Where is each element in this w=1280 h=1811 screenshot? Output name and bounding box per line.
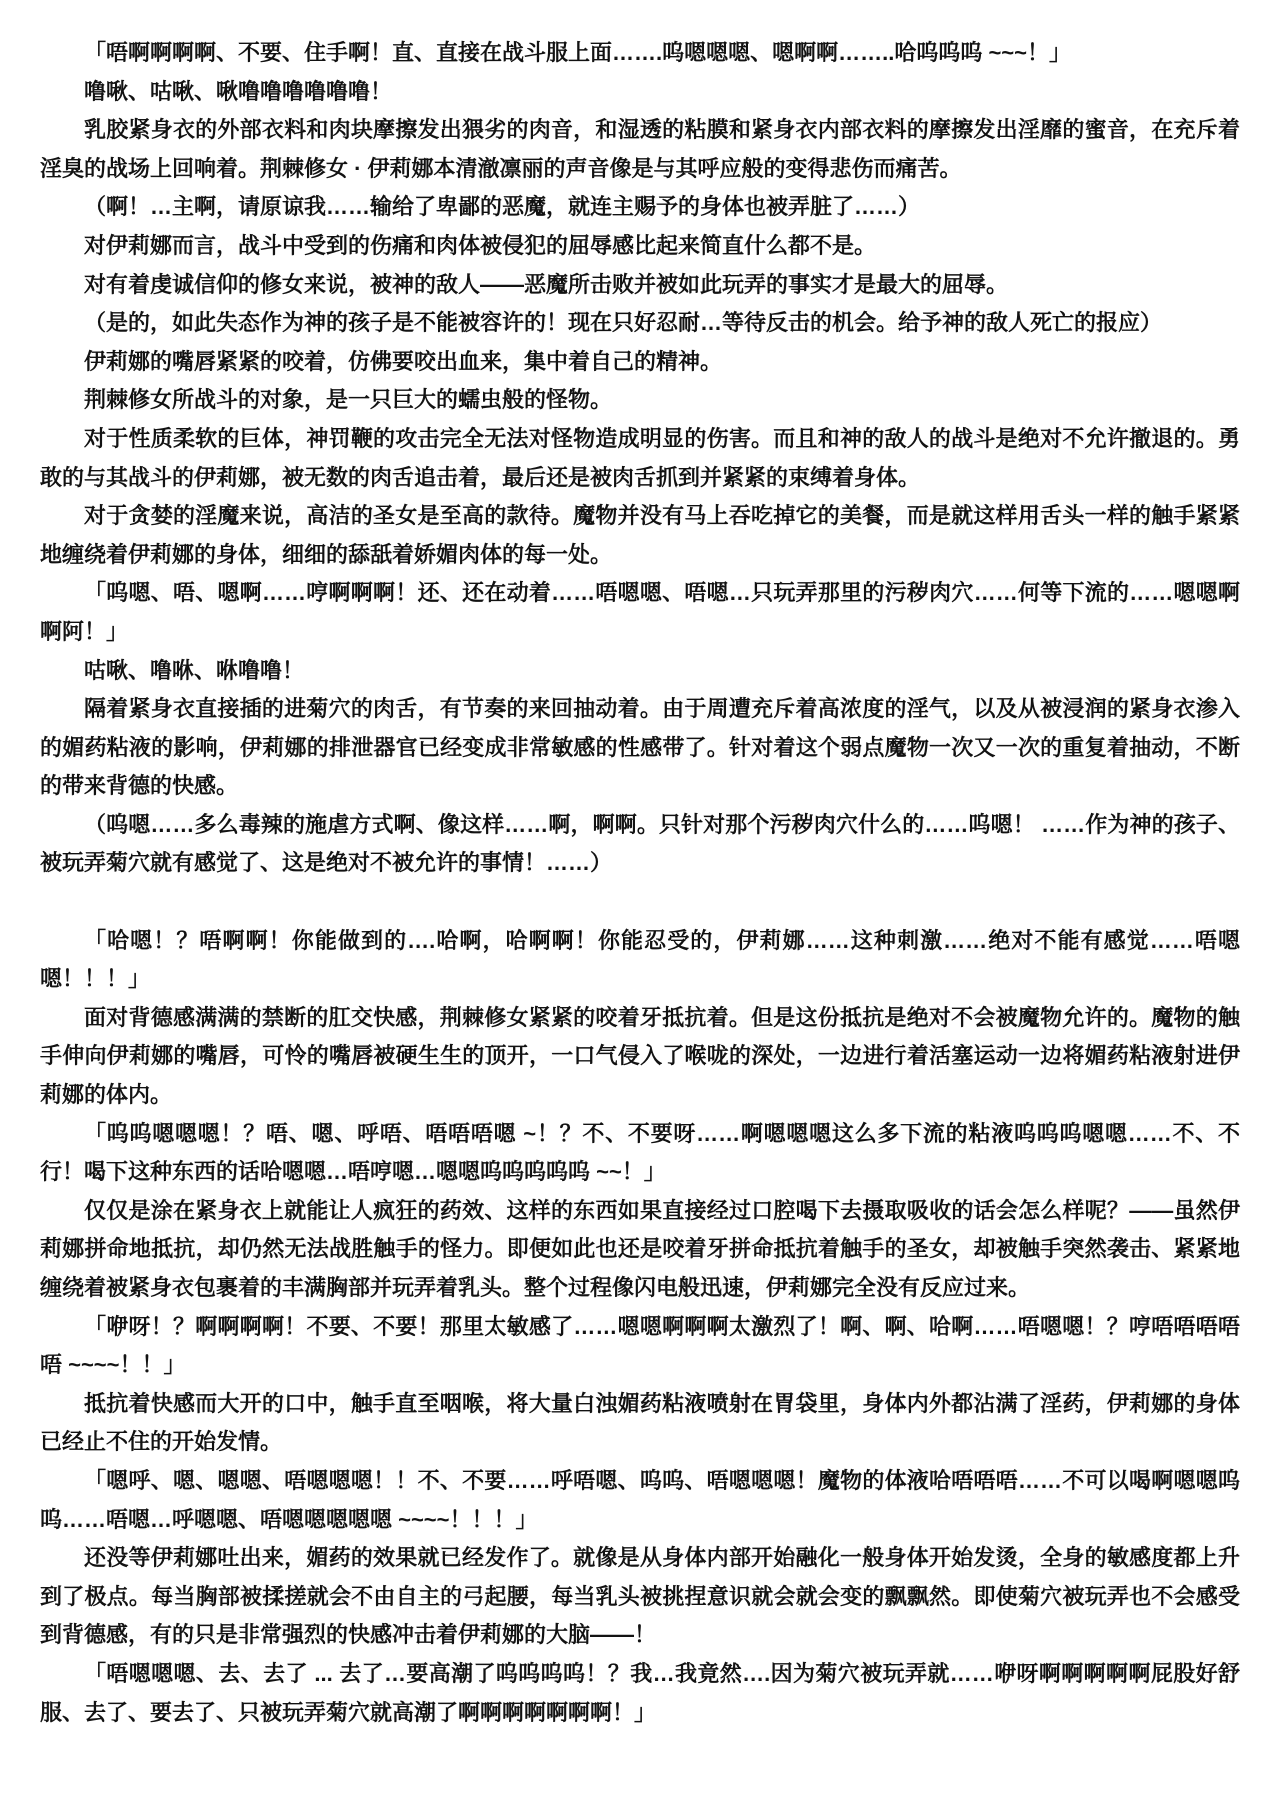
paragraph-thought: （呜嗯……多么毒辣的施虐方式啊、像这样……啊，啊啊。只针对那个污秽肉穴什么的……… — [40, 806, 1240, 883]
paragraph-sfx: 咕啾、噜咻、咻噜噜！ — [40, 652, 1240, 691]
paragraph-narration: 面对背德感满满的禁断的肛交快感，荆棘修女紧紧的咬着牙抵抗着。但是这份抵抗是绝对不… — [40, 999, 1240, 1115]
paragraph-narration: 抵抗着快感而大开的口中，触手直至咽喉，将大量白浊媚药粘液喷射在胃袋里，身体内外都… — [40, 1385, 1240, 1462]
paragraph-narration: 荆棘修女所战斗的对象，是一只巨大的蠕虫般的怪物。 — [40, 381, 1240, 420]
paragraph-dialogue: 「呜嗯、唔、嗯啊……哼啊啊啊！还、还在动着……唔嗯嗯、唔嗯…只玩弄那里的污秽肉穴… — [40, 574, 1240, 651]
document-page: 「唔啊啊啊啊、不要、住手啊！直、直接在战斗服上面…….呜嗯嗯嗯、嗯啊啊……..哈… — [0, 0, 1280, 1811]
paragraph-narration: 对有着虔诚信仰的修女来说，被神的敌人——恶魔所击败并被如此玩弄的事实才是最大的屈… — [40, 266, 1240, 305]
paragraph-dialogue: 「哈嗯！？唔啊啊！你能做到的….哈啊，哈啊啊！你能忍受的，伊莉娜……这种刺激……… — [40, 922, 1240, 999]
paragraph-narration: 对伊莉娜而言，战斗中受到的伤痛和肉体被侵犯的屈辱感比起来简直什么都不是。 — [40, 227, 1240, 266]
paragraph-narration: 对于贪婪的淫魔来说，高洁的圣女是至高的款待。魔物并没有马上吞吃掉它的美餐，而是就… — [40, 497, 1240, 574]
paragraph-narration: 还没等伊莉娜吐出来，媚药的效果就已经发作了。就像是从身体内部开始融化一般身体开始… — [40, 1539, 1240, 1655]
paragraph-thought: （啊！…主啊，请原谅我……输给了卑鄙的恶魔，就连主赐予的身体也被弄脏了……） — [40, 188, 1240, 227]
paragraph-dialogue: 「唔啊啊啊啊、不要、住手啊！直、直接在战斗服上面…….呜嗯嗯嗯、嗯啊啊……..哈… — [40, 34, 1240, 73]
paragraph-sfx: 噜啾、咕啾、啾噜噜噜噜噜噜！ — [40, 73, 1240, 112]
blank-line — [40, 883, 1240, 922]
paragraph-narration: 对于性质柔软的巨体，神罚鞭的攻击完全无法对怪物造成明显的伤害。而且和神的敌人的战… — [40, 420, 1240, 497]
paragraph-narration: 隔着紧身衣直接插的进菊穴的肉舌，有节奏的来回抽动着。由于周遭充斥着高浓度的淫气，… — [40, 690, 1240, 806]
paragraph-narration: 伊莉娜的嘴唇紧紧的咬着，仿佛要咬出血来，集中着自己的精神。 — [40, 343, 1240, 382]
paragraph-dialogue: 「唔嗯嗯嗯、去、去了 ... 去了…要高潮了呜呜呜呜！？我…我竟然….因为菊穴被… — [40, 1655, 1240, 1732]
text-column: 「唔啊啊啊啊、不要、住手啊！直、直接在战斗服上面…….呜嗯嗯嗯、嗯啊啊……..哈… — [0, 0, 1280, 1732]
paragraph-dialogue: 「咿呀！？啊啊啊啊！不要、不要！那里太敏感了……嗯嗯啊啊啊太激烈了！啊、啊、哈啊… — [40, 1308, 1240, 1385]
paragraph-dialogue: 「嗯呼、嗯、嗯嗯、唔嗯嗯嗯！！不、不要……呼唔嗯、呜呜、唔嗯嗯嗯！魔物的体液哈唔… — [40, 1462, 1240, 1539]
paragraph-dialogue: 「呜呜嗯嗯嗯！？唔、嗯、呼唔、唔唔唔嗯 ~！？不、不要呀……啊嗯嗯嗯这么多下流的… — [40, 1115, 1240, 1192]
paragraph-thought: （是的，如此失态作为神的孩子是不能被容许的！现在只好忍耐…等待反击的机会。给予神… — [40, 304, 1240, 343]
paragraph-narration: 仅仅是涂在紧身衣上就能让人疯狂的药效、这样的东西如果直接经过口腔喝下去摄取吸收的… — [40, 1192, 1240, 1308]
paragraph-narration: 乳胶紧身衣的外部衣料和肉块摩擦发出猥劣的肉音，和湿透的粘膜和紧身衣内部衣料的摩擦… — [40, 111, 1240, 188]
